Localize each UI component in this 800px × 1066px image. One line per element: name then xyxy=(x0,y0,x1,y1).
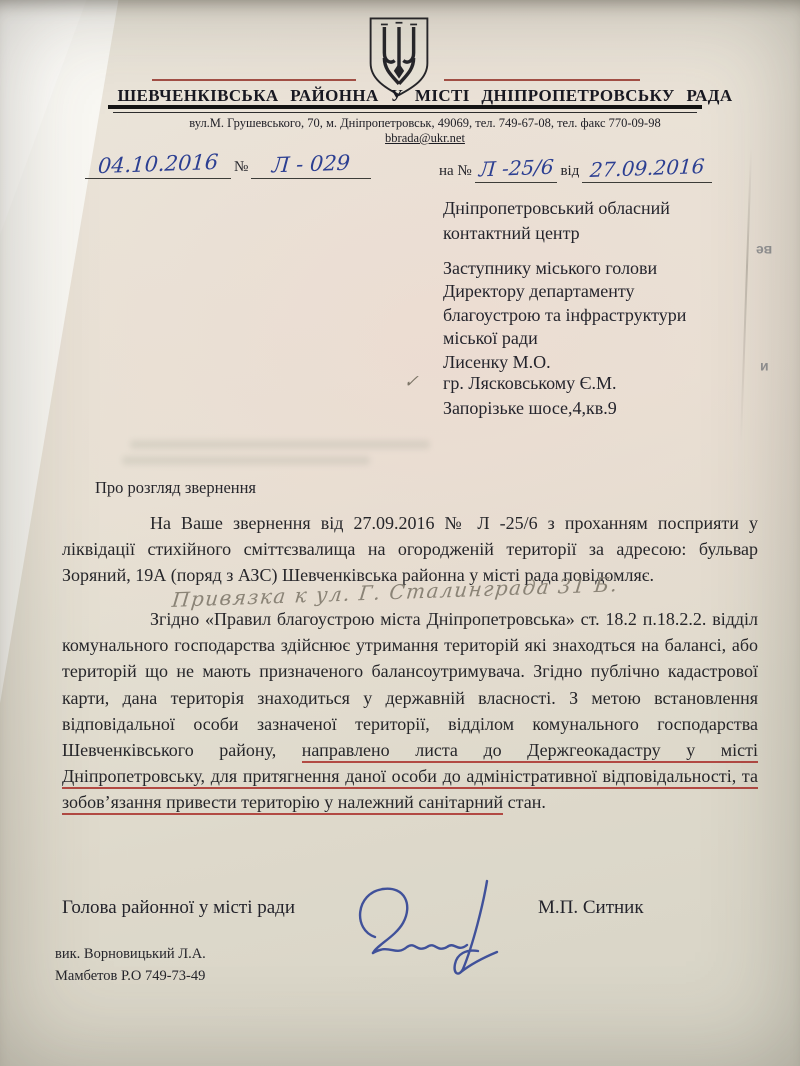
reply-date-handwritten: 27.09.2016 xyxy=(589,154,705,182)
recipient-citizen-line: гр. Лясковському Є.М. xyxy=(443,371,617,396)
executors: вик. Ворновицький Л.А. Мамбетов Р.О 749-… xyxy=(55,943,206,987)
outgoing-number-field: Л - 029 xyxy=(251,152,371,179)
reply-number-field: Л -25/6 xyxy=(475,156,558,183)
signature-ink xyxy=(345,875,530,980)
recipient-official-line: міської ради xyxy=(443,327,686,350)
reply-date-field: 27.09.2016 xyxy=(582,156,712,183)
number-sign-label: № xyxy=(231,159,251,175)
outgoing-date-handwritten: 04.10.2016 xyxy=(97,150,219,178)
bleedthrough-smudge xyxy=(122,456,370,465)
reply-prefix-label: на № xyxy=(436,163,475,179)
bleedthrough-text: ве xyxy=(756,243,772,259)
body-paragraph-1: На Ваше звернення від 27.09.2016 № Л -25… xyxy=(62,510,758,589)
recipient-org-line: контактний центр xyxy=(443,221,670,246)
recipient-org: Дніпропетровський обласний контактний це… xyxy=(443,196,670,245)
recipient-citizen: гр. Лясковському Є.М. Запорізьке шосе,4,… xyxy=(443,371,617,420)
recipient-org-line: Дніпропетровський обласний xyxy=(443,196,670,221)
incoming-reference: на №Л -25/6від27.09.2016 xyxy=(436,156,712,183)
recipient-official-line: Директору департаменту xyxy=(443,280,686,303)
body-text-segment: Згідно «Правил благоустрою міста Дніпроп… xyxy=(62,609,758,760)
subject-line: Про розгляд звернення xyxy=(95,478,256,498)
recipient-official: Заступнику міського голови Директору деп… xyxy=(443,257,686,374)
recipient-official-line: Заступнику міського голови xyxy=(443,257,686,280)
header-rule-red-left xyxy=(152,79,356,81)
header-title: ШЕВЧЕНКІВСЬКА РАЙОННА У МІСТІ ДНІПРОПЕТР… xyxy=(75,86,775,106)
executor-line: вик. Ворновицький Л.А. xyxy=(55,943,206,965)
outgoing-reference: 04.10.2016№Л - 029 xyxy=(85,152,371,179)
body-text-segment: стан. xyxy=(503,792,546,812)
reply-number-handwritten: Л -25/6 xyxy=(478,155,554,182)
recipient-citizen-line: Запорізьке шосе,4,кв.9 xyxy=(443,396,617,421)
bleedthrough-smudge xyxy=(130,440,430,449)
header-rule-black-thin xyxy=(113,112,697,113)
executor-line: Мамбетов Р.О 749-73-49 xyxy=(55,965,206,987)
outgoing-number-handwritten: Л - 029 xyxy=(271,151,351,178)
header-address: вул.М. Грушевського, 70, м. Дніпропетров… xyxy=(75,116,775,131)
checkmark-icon: ✓ xyxy=(403,372,421,393)
header-rule-black xyxy=(108,105,702,109)
outgoing-date-field: 04.10.2016 xyxy=(85,152,231,179)
body-paragraph-2: Згідно «Правил благоустрою міста Дніпроп… xyxy=(62,606,758,816)
photo-background: ШЕВЧЕНКІВСЬКА РАЙОННА У МІСТІ ДНІПРОПЕТР… xyxy=(0,0,800,1066)
signatory-name: М.П. Ситник xyxy=(538,897,644,919)
recipient-official-line: благоустрою та інфраструктури xyxy=(443,304,686,327)
header-rule-red-right xyxy=(444,79,640,81)
signatory-position: Голова районної у місті ради xyxy=(62,897,295,919)
header-email: bbrada@ukr.net xyxy=(75,131,775,146)
bleedthrough-text: и xyxy=(760,360,769,376)
reply-date-label: від xyxy=(557,163,582,179)
